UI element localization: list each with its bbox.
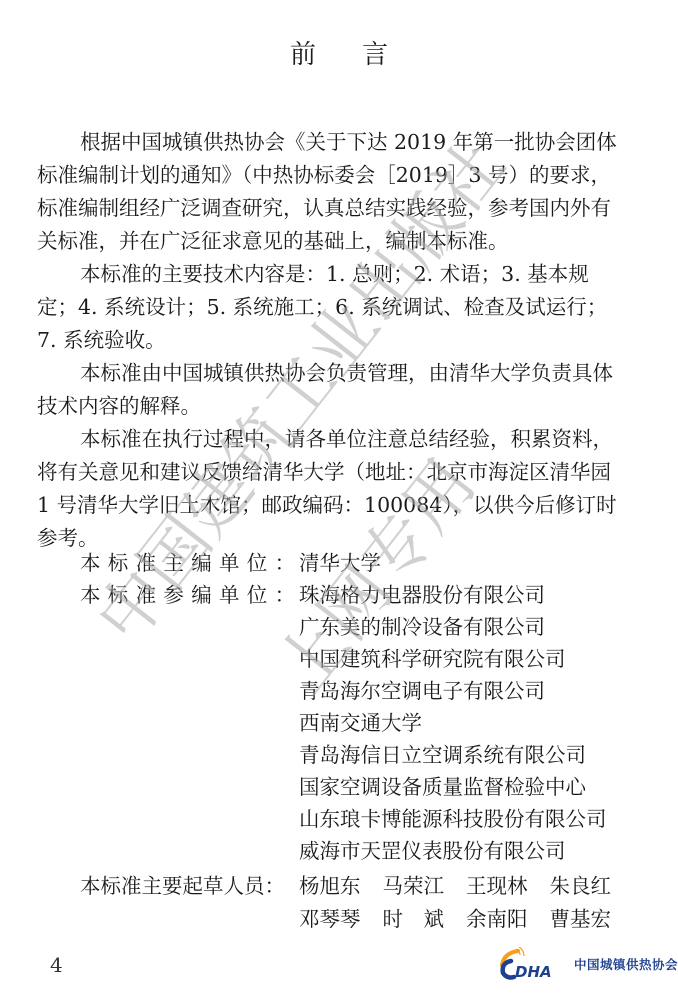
participant-item: 国家空调设备质量监督检验中心 <box>299 773 586 801</box>
participant-item: 威海市天罡仪表股份有限公司 <box>299 837 566 865</box>
paragraph-line: 参考。 <box>37 524 99 552</box>
document-page: 前言 根据中国城镇供热协会《关于下达 2019 年第一批协会团体 标准编制计划的… <box>0 0 678 993</box>
drafter-name: 时 斌 <box>383 905 445 933</box>
participant-item: 中国建筑科学研究院有限公司 <box>299 645 566 673</box>
drafter-name: 马荣江 <box>383 872 445 900</box>
title-char: 言 <box>362 34 388 71</box>
paragraph-line: 定；4. 系统设计；5. 系统施工；6. 系统调试、检查及试运行； <box>37 293 607 321</box>
paragraph-line: 根据中国城镇供热协会《关于下达 2019 年第一批协会团体 <box>80 128 617 156</box>
paragraph-line: 标准编制组经广泛调查研究，认真总结实践经验，参考国内外有 <box>37 194 611 222</box>
drafter-name: 余南阳 <box>466 905 528 933</box>
title-char: 前 <box>290 34 316 71</box>
participant-item: 山东琅卡博能源科技股份有限公司 <box>299 805 607 833</box>
participant-item: 广东美的制冷设备有限公司 <box>299 613 545 641</box>
paragraph-line: 本标准由中国城镇供热协会负责管理，由清华大学负责具体 <box>80 359 613 387</box>
drafter-name: 王现林 <box>466 872 528 900</box>
participant-item: 珠海格力电器股份有限公司 <box>299 581 545 609</box>
paragraph-line: 1 号清华大学旧土木馆；邮政编码：100084），以供今后修订时 <box>37 491 617 519</box>
paragraph-line: 技术内容的解释。 <box>37 392 201 420</box>
logo-text: 中国城镇供热协会 <box>574 955 678 973</box>
svg-text:DHA: DHA <box>515 963 552 981</box>
drafter-name: 邓琴琴 <box>299 905 361 933</box>
chief-editor-label: 本标准主编单位： <box>80 549 298 577</box>
drafters-names: 杨旭东马荣江王现林朱良红 <box>299 872 633 900</box>
paragraph-line: 本标准的主要技术内容是：1. 总则；2. 术语；3. 基本规 <box>80 260 589 288</box>
page-title: 前言 <box>0 34 678 71</box>
paragraph-line: 本标准在执行过程中，请各单位注意总结经验，积累资料， <box>80 425 613 453</box>
drafters-names: 邓琴琴时 斌余南阳曹基宏 <box>299 905 633 933</box>
participant-item: 西南交通大学 <box>299 709 422 737</box>
drafter-name: 杨旭东 <box>299 872 361 900</box>
paragraph-line: 标准编制计划的通知》（中热协标委会［2019］3 号）的要求， <box>37 161 611 189</box>
participants-label: 本标准参编单位： <box>80 581 298 609</box>
drafter-name: 曹基宏 <box>550 905 612 933</box>
page-number: 4 <box>50 953 63 977</box>
drafter-name: 朱良红 <box>550 872 612 900</box>
participant-item: 青岛海信日立空调系统有限公司 <box>299 741 586 769</box>
cdha-logo-icon: DHA <box>498 947 568 981</box>
participant-item: 青岛海尔空调电子有限公司 <box>299 677 545 705</box>
drafters-label: 本标准主要起草人员： <box>80 872 298 900</box>
paragraph-line: 将有关意见和建议反馈给清华大学（地址：北京市海淀区清华园 <box>37 458 611 486</box>
cdha-logo: DHA 中国城镇供热协会 <box>498 947 678 981</box>
paragraph-line: 关标准，并在广泛征求意见的基础上，编制本标准。 <box>37 227 509 255</box>
paragraph-line: 7. 系统验收。 <box>37 326 166 354</box>
chief-editor-value: 清华大学 <box>299 549 381 577</box>
